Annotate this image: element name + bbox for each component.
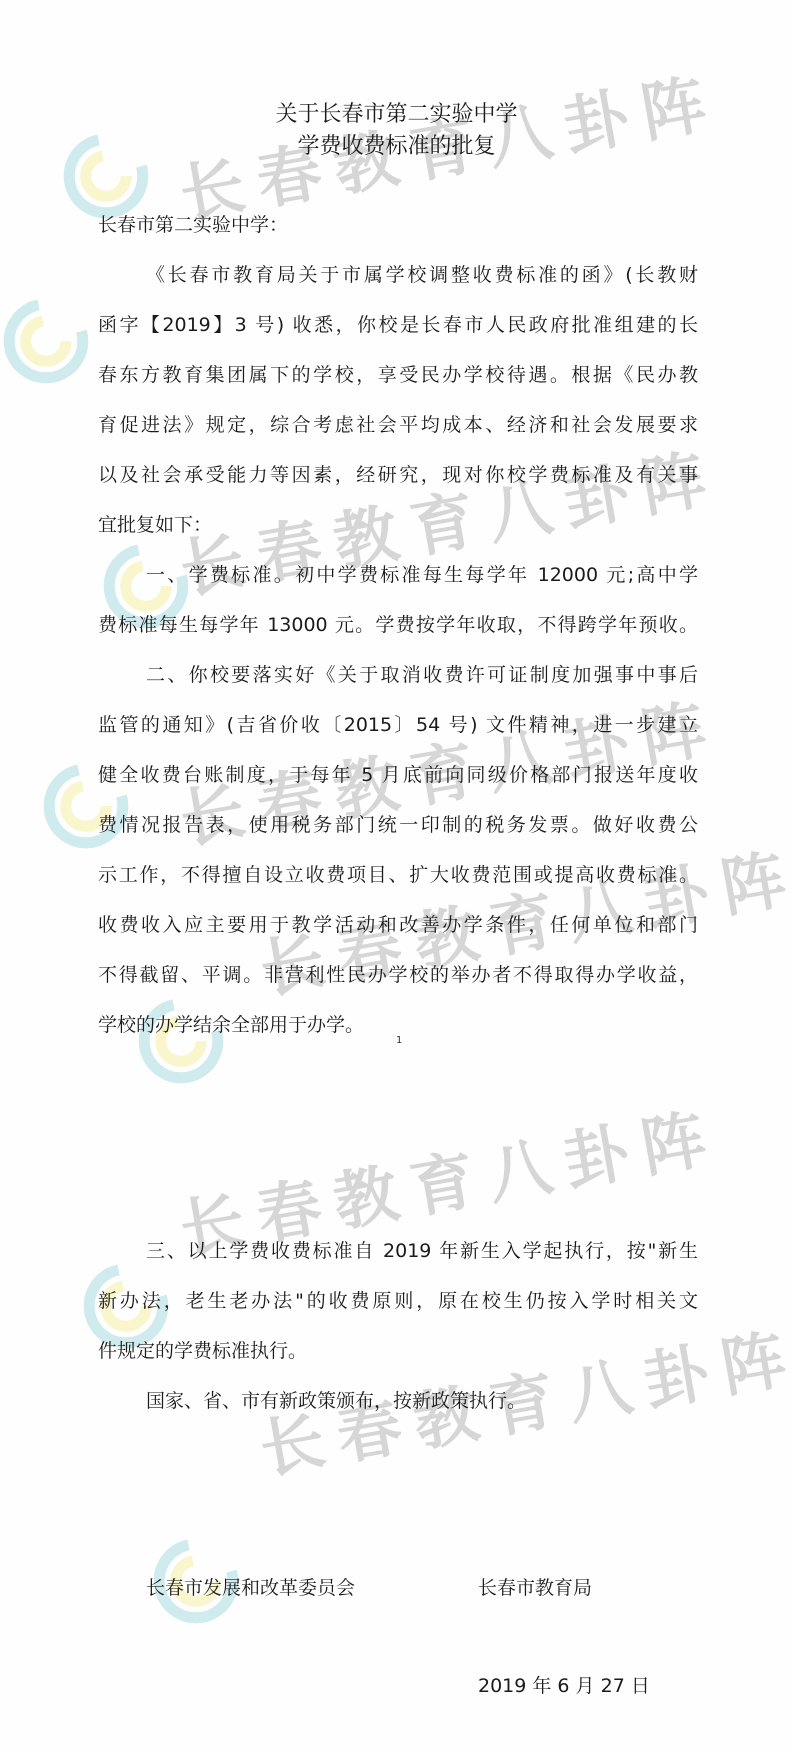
paragraph-line: 春东方教育集团属下的学校，享受民办学校待遇。根据《民办教 bbox=[98, 362, 698, 388]
paragraph-line: 函字【2019】3 号) 收悉，你校是长春市人民政府批准组建的长 bbox=[98, 312, 698, 338]
signatory-education-bureau: 长春市教育局 bbox=[478, 1575, 592, 1601]
paragraph-line: 费情况报告表，使用税务部门统一印制的税务发票。做好收费公 bbox=[98, 812, 698, 838]
watermark-logo-icon bbox=[0, 295, 92, 387]
paragraph-line: 二、你校要落实好《关于取消收费许可证制度加强事中事后 bbox=[146, 662, 698, 688]
watermark-logo-icon bbox=[135, 995, 227, 1087]
signatory-ndrc: 长春市发展和改革委员会 bbox=[146, 1575, 355, 1601]
document-title-line1: 关于长春市第二实验中学 bbox=[0, 100, 793, 130]
paragraph-line: 监管的通知》(吉省价收〔2015〕54 号) 文件精神，进一步建立 bbox=[98, 712, 698, 738]
paragraph-line: 以及社会承受能力等因素，经研究，现对你校学费标准及有关事 bbox=[98, 462, 698, 488]
paragraph-line: 宜批复如下： bbox=[98, 512, 698, 538]
paragraph-line: 费标准每生每学年 13000 元。学费按学年收取，不得跨学年预收。 bbox=[98, 612, 698, 638]
page-number: 1 bbox=[396, 1035, 402, 1046]
paragraph-line: 不得截留、平调。非营利性民办学校的举办者不得取得办学收益， bbox=[98, 962, 698, 988]
paragraph-line: 健全收费台账制度，于每年 5 月底前向同级价格部门报送年度收 bbox=[98, 762, 698, 788]
document-page: 长春教育八卦阵 长春教育八卦阵 长春教育八卦阵 长春教育八卦阵 长春教育八卦阵 … bbox=[0, 0, 793, 1752]
salutation: 长春市第二实验中学： bbox=[98, 212, 698, 238]
paragraph-line: 新办法，老生老办法"的收费原则，原在校生仍按入学时相关文 bbox=[98, 1288, 698, 1314]
paragraph-line: 国家、省、市有新政策颁布，按新政策执行。 bbox=[146, 1388, 698, 1414]
paragraph-line: 收费收入应主要用于教学活动和改善办学条件，任何单位和部门 bbox=[98, 912, 698, 938]
paragraph-line: 一、学费标准。初中学费标准每生每学年 12000 元;高中学 bbox=[146, 562, 698, 588]
paragraph-line: 《长春市教育局关于市属学校调整收费标准的函》(长教财 bbox=[146, 262, 698, 288]
paragraph-line: 示工作，不得擅自设立收费项目、扩大收费范围或提高收费标准。 bbox=[98, 862, 698, 888]
paragraph-line: 三、以上学费收费标准自 2019 年新生入学起执行，按"新生 bbox=[146, 1238, 698, 1264]
document-title-line2: 学费收费标准的批复 bbox=[0, 132, 793, 162]
paragraph-line: 件规定的学费标准执行。 bbox=[98, 1338, 698, 1364]
document-date: 2019 年 6 月 27 日 bbox=[478, 1673, 650, 1699]
paragraph-line: 育促进法》规定，综合考虑社会平均成本、经济和社会发展要求 bbox=[98, 412, 698, 438]
